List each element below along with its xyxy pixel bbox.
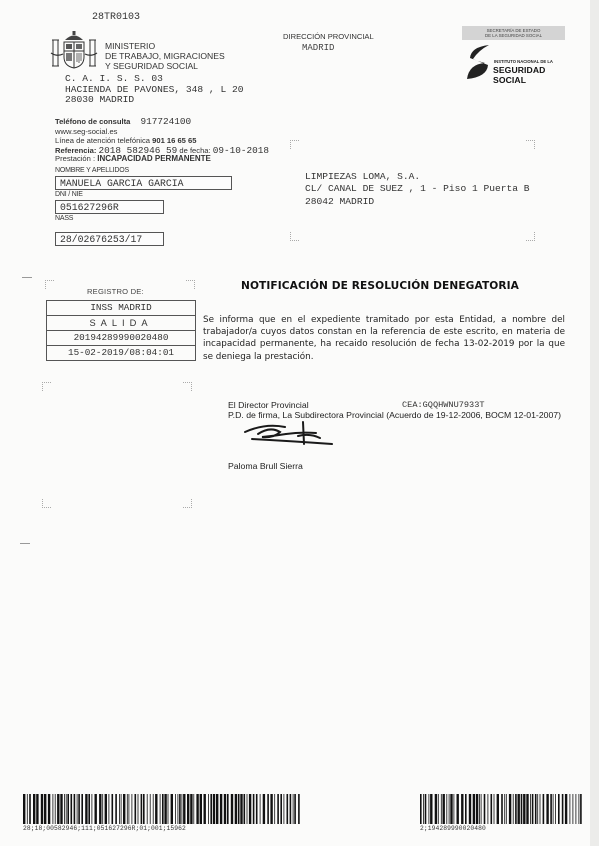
barcode-right-text: 2;194289990020480 — [420, 825, 486, 832]
name-field: MANUELA GARCIA GARCIA — [55, 176, 232, 190]
office-line: C. A. I. S. S. 03 — [65, 74, 243, 85]
addressee-line: 28042 MADRID — [305, 196, 530, 208]
prestacion-label: Prestación : — [55, 154, 95, 163]
nass-label: NASS — [55, 215, 73, 222]
dni-label: DNI / NIE — [55, 191, 83, 198]
dni-field: 051627296R — [55, 200, 164, 214]
registro-office: INSS MADRID — [47, 301, 195, 316]
inss-big-text: SEGURIDAD SOCIAL — [493, 65, 565, 85]
stamp-corner — [42, 382, 51, 391]
stamp-corner — [186, 280, 195, 289]
office-line: 28030 MADRID — [65, 95, 243, 106]
registro-stamp: INSS MADRID SALIDA 20194289990020480 15-… — [46, 300, 196, 361]
window-corner — [290, 140, 299, 149]
addressee-line: LIMPIEZAS LOMA, S.A. — [305, 171, 530, 183]
document-page: 28TR0103 MINISTERIO DE TRABAJO, MIGRACIO… — [0, 0, 590, 846]
inss-band: SECRETARÍA DE ESTADO DE LA SEGURIDAD SOC… — [462, 26, 565, 40]
contact-info: Teléfono de consulta 917724100 www.seg-s… — [55, 117, 269, 155]
fold-mark — [22, 277, 32, 278]
registro-datetime: 15-02-2019/08:04:01 — [47, 346, 195, 360]
addressee-line: CL/ CANAL DE SUEZ , 1 - Piso 1 Puerta B — [305, 183, 530, 195]
inss-logo: SECRETARÍA DE ESTADO DE LA SEGURIDAD SOC… — [462, 26, 565, 81]
stamp-corner — [183, 499, 192, 508]
office-address: C. A. I. S. S. 03 HACIENDA DE PAVONES, 3… — [65, 74, 243, 106]
registro-number: 20194289990020480 — [47, 331, 195, 346]
fold-mark — [20, 543, 30, 544]
phone-value: 917724100 — [141, 116, 192, 127]
direction-city: MADRID — [302, 43, 334, 53]
ministry-line: MINISTERIO — [105, 41, 225, 51]
name-label: NOMBRE Y APELLIDOS — [55, 167, 129, 174]
barcode-right — [420, 794, 582, 824]
handwritten-signature-icon — [240, 420, 338, 448]
spanish-coat-of-arms-icon — [50, 31, 98, 73]
window-corner — [526, 140, 535, 149]
phone-row: Teléfono de consulta 917724100 — [55, 117, 269, 127]
inss-swoosh-logo-icon — [465, 43, 491, 81]
window-corner — [526, 232, 535, 241]
prestacion-value: INCAPACIDAD PERMANENTE — [97, 154, 211, 163]
window-corner — [290, 232, 299, 241]
signer-block: El Director Provincial P.D. de firma, La… — [228, 400, 561, 421]
barcode-left-text: 28;18;00582946;111;051627296R;01;001;159… — [23, 825, 186, 832]
signer-name: Paloma Brull Sierra — [228, 461, 303, 471]
ministry-line: Y SEGURIDAD SOCIAL — [105, 61, 225, 71]
cea-code: CEA:GQQHWNU7933T — [402, 400, 485, 410]
stamp-corner — [42, 499, 51, 508]
reference-date-value: 09-10-2018 — [213, 145, 269, 156]
registro-type: SALIDA — [47, 316, 195, 331]
prestacion-row: Prestación : INCAPACIDAD PERMANENTE — [55, 154, 211, 163]
phone-label: Teléfono de consulta — [55, 117, 130, 126]
website-link[interactable]: www.seg-social.es — [55, 127, 269, 137]
ministry-line: DE TRABAJO, MIGRACIONES — [105, 51, 225, 61]
inss-band-line: DE LA SEGURIDAD SOCIAL — [462, 33, 565, 38]
stamp-corner — [183, 382, 192, 391]
nass-field: 28/02676253/17 — [55, 232, 164, 246]
notification-title: NOTIFICACIÓN DE RESOLUCIÓN DENEGATORIA — [240, 280, 520, 292]
page-edge — [590, 0, 599, 846]
notification-body: Se informa que en el expediente tramitad… — [203, 314, 565, 363]
inss-small-text: INSTITUTO NACIONAL DE LA — [494, 59, 553, 64]
direction-label: DIRECCIÓN PROVINCIAL — [283, 32, 374, 41]
signer-title: El Director Provincial — [228, 400, 561, 410]
document-code: 28TR0103 — [92, 12, 140, 23]
barcode-left — [23, 794, 300, 824]
registro-label: REGISTRO DE: — [87, 287, 144, 296]
stamp-corner — [45, 280, 54, 289]
addressee-block: LIMPIEZAS LOMA, S.A. CL/ CANAL DE SUEZ ,… — [305, 171, 530, 208]
ministry-name: MINISTERIO DE TRABAJO, MIGRACIONES Y SEG… — [105, 41, 225, 71]
